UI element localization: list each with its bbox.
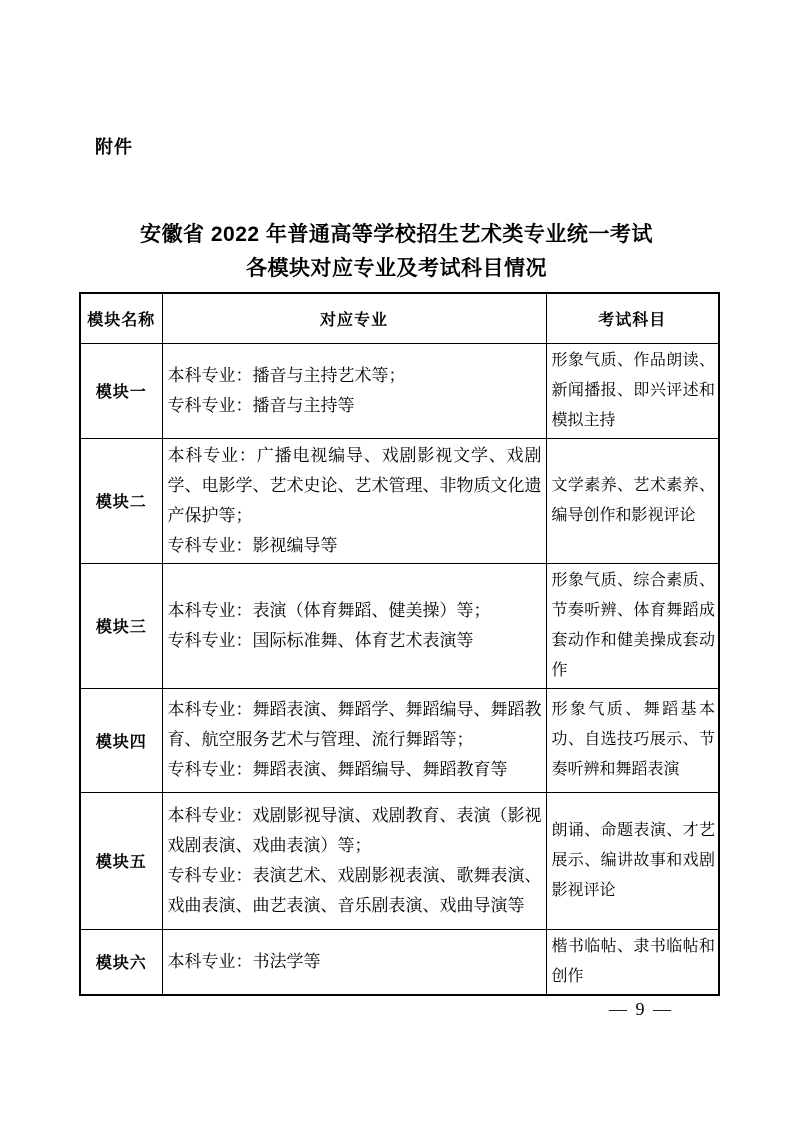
table-row-module-4: 模块四 本科专业：舞蹈表演、舞蹈学、舞蹈编导、舞蹈教育、航空服务艺术与管理、流行… (80, 688, 719, 792)
majors-line-benke: 本科专业：表演（体育舞蹈、健美操）等； (168, 596, 542, 626)
module-name: 模块二 (80, 438, 162, 563)
header-majors: 对应专业 (162, 293, 546, 343)
majors-cell: 本科专业：播音与主持艺术等； 专科专业：播音与主持等 (162, 343, 546, 438)
attachment-label: 附件 (95, 133, 133, 159)
module-name: 模块六 (80, 929, 162, 995)
document-page: 附件 安徽省 2022 年普通高等学校招生艺术类专业统一考试 各模块对应专业及考… (0, 0, 793, 1122)
title-line-1: 安徽省 2022 年普通高等学校招生艺术类专业统一考试 (0, 218, 793, 252)
majors-cell: 本科专业：书法学等 (162, 929, 546, 995)
subjects-cell: 形象气质、作品朗读、新闻播报、即兴评述和模拟主持 (546, 343, 719, 438)
majors-cell: 本科专业：表演（体育舞蹈、健美操）等； 专科专业：国际标准舞、体育艺术表演等 (162, 563, 546, 688)
majors-line-zhuanke: 专科专业：国际标准舞、体育艺术表演等 (168, 626, 542, 656)
subjects-cell: 楷书临帖、隶书临帖和创作 (546, 929, 719, 995)
subjects-cell: 形象气质、舞蹈基本功、自选技巧展示、节奏听辨和舞蹈表演 (546, 688, 719, 792)
table-row-module-5: 模块五 本科专业：戏剧影视导演、戏剧教育、表演（影视戏剧表演、戏曲表演）等； 专… (80, 792, 719, 929)
majors-line-zhuanke: 专科专业：表演艺术、戏剧影视表演、歌舞表演、戏曲表演、曲艺表演、音乐剧表演、戏曲… (168, 861, 542, 921)
majors-line-zhuanke: 专科专业：舞蹈表演、舞蹈编导、舞蹈教育等 (168, 755, 542, 785)
table-header-row: 模块名称 对应专业 考试科目 (80, 293, 719, 343)
table-row-module-1: 模块一 本科专业：播音与主持艺术等； 专科专业：播音与主持等 形象气质、作品朗读… (80, 343, 719, 438)
title-line-2: 各模块对应专业及考试科目情况 (0, 252, 793, 286)
majors-line-zhuanke: 专科专业：播音与主持等 (168, 391, 542, 421)
page-number: — 9 — (596, 999, 686, 1020)
majors-line-benke: 本科专业：播音与主持艺术等； (168, 361, 542, 391)
module-name: 模块四 (80, 688, 162, 792)
module-name: 模块一 (80, 343, 162, 438)
modules-table: 模块名称 对应专业 考试科目 模块一 本科专业：播音与主持艺术等； 专科专业：播… (79, 292, 720, 996)
subjects-cell: 文学素养、艺术素养、编导创作和影视评论 (546, 438, 719, 563)
subjects-cell: 朗诵、命题表演、才艺展示、编讲故事和戏剧影视评论 (546, 792, 719, 929)
table-row-module-2: 模块二 本科专业：广播电视编导、戏剧影视文学、戏剧学、电影学、艺术史论、艺术管理… (80, 438, 719, 563)
majors-cell: 本科专业：广播电视编导、戏剧影视文学、戏剧学、电影学、艺术史论、艺术管理、非物质… (162, 438, 546, 563)
document-title: 安徽省 2022 年普通高等学校招生艺术类专业统一考试 各模块对应专业及考试科目… (0, 218, 793, 286)
module-name: 模块五 (80, 792, 162, 929)
majors-line-benke: 本科专业：书法学等 (168, 947, 542, 977)
table-row-module-3: 模块三 本科专业：表演（体育舞蹈、健美操）等； 专科专业：国际标准舞、体育艺术表… (80, 563, 719, 688)
module-name: 模块三 (80, 563, 162, 688)
table-row-module-6: 模块六 本科专业：书法学等 楷书临帖、隶书临帖和创作 (80, 929, 719, 995)
majors-line-zhuanke: 专科专业：影视编导等 (168, 531, 542, 561)
majors-line-benke: 本科专业：广播电视编导、戏剧影视文学、戏剧学、电影学、艺术史论、艺术管理、非物质… (168, 441, 542, 531)
header-module-name: 模块名称 (80, 293, 162, 343)
header-subjects: 考试科目 (546, 293, 719, 343)
majors-line-benke: 本科专业：舞蹈表演、舞蹈学、舞蹈编导、舞蹈教育、航空服务艺术与管理、流行舞蹈等； (168, 695, 542, 755)
majors-line-benke: 本科专业：戏剧影视导演、戏剧教育、表演（影视戏剧表演、戏曲表演）等； (168, 801, 542, 861)
majors-cell: 本科专业：戏剧影视导演、戏剧教育、表演（影视戏剧表演、戏曲表演）等； 专科专业：… (162, 792, 546, 929)
majors-cell: 本科专业：舞蹈表演、舞蹈学、舞蹈编导、舞蹈教育、航空服务艺术与管理、流行舞蹈等；… (162, 688, 546, 792)
subjects-cell: 形象气质、综合素质、节奏听辨、体育舞蹈成套动作和健美操成套动作 (546, 563, 719, 688)
